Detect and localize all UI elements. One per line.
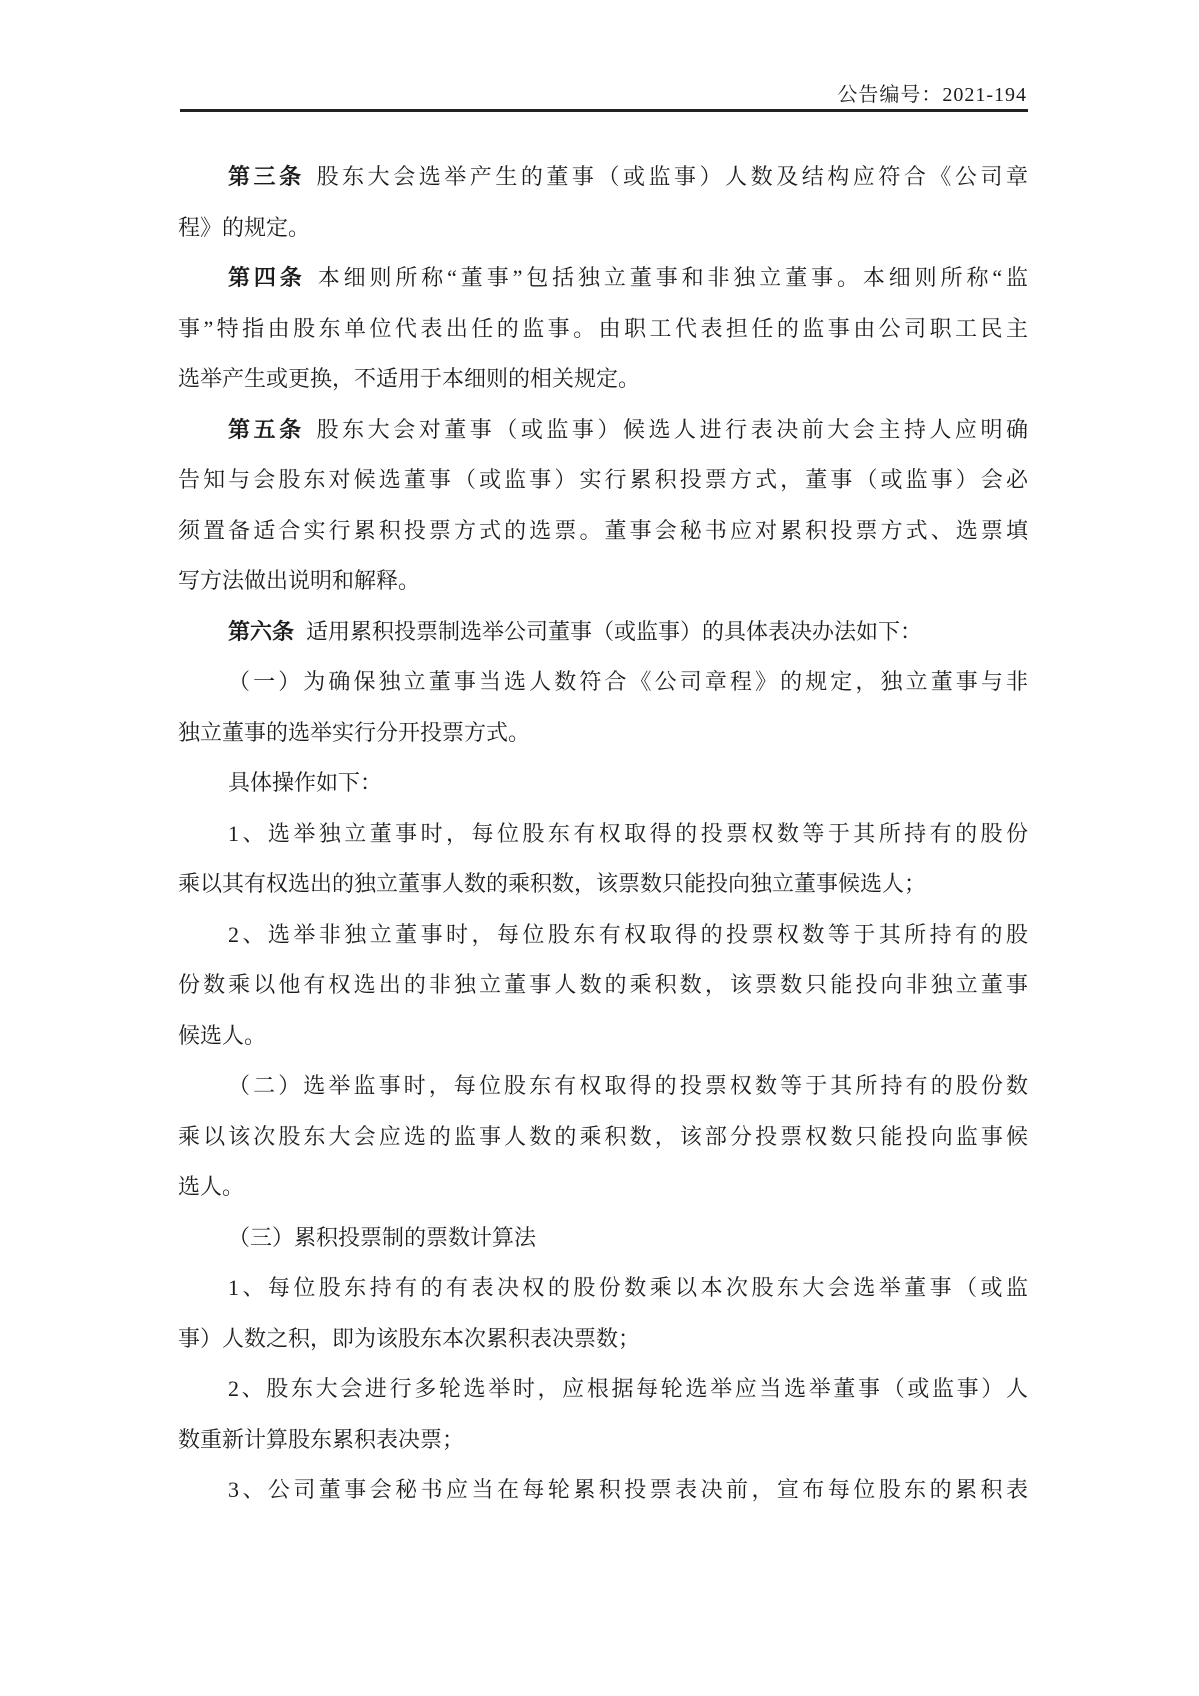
text-line: （三）累积投票制的票数计算法 [178, 1213, 1028, 1264]
line-text: 股东大会选举产生的董事（或监事）人数及结构应符合《公司章 [317, 164, 1028, 189]
announcement-number: 公告编号：2021-194 [837, 78, 1027, 107]
text-line: 选举产生或更换，不适用于本细则的相关规定。 [178, 354, 1028, 405]
document-body: 第三条股东大会选举产生的董事（或监事）人数及结构应符合《公司章 程》的规定。 第… [178, 152, 1028, 1516]
text-line: 第四条本细则所称“董事”包括独立董事和非独立董事。本细则所称“监 [178, 253, 1028, 304]
text-line: 3、公司董事会秘书应当在每轮累积投票表决前，宣布每位股东的累积表 [178, 1465, 1028, 1516]
clause-label: 第六条 [228, 619, 294, 644]
line-text: 本细则所称“董事”包括独立董事和非独立董事。本细则所称“监 [318, 265, 1028, 290]
text-line: （二）选举监事时，每位股东有权取得的投票权数等于其所持有的股份数 [178, 1061, 1028, 1112]
text-line: 1、选举独立董事时，每位股东有权取得的投票权数等于其所持有的股份 [178, 809, 1028, 860]
text-line: 具体操作如下： [178, 758, 1028, 809]
text-line: 事”特指由股东单位代表出任的监事。由职工代表担任的监事由公司职工民主 [178, 304, 1028, 355]
text-line: 选人。 [178, 1162, 1028, 1213]
text-line: 须置备适合实行累积投票方式的选票。董事会秘书应对累积投票方式、选票填 [178, 506, 1028, 557]
text-line: 事）人数之积，即为该股东本次累积表决票数； [178, 1314, 1028, 1365]
text-line: 份数乘以他有权选出的非独立董事人数的乘积数，该票数只能投向非独立董事 [178, 960, 1028, 1011]
document-page: 公告编号：2021-194 第三条股东大会选举产生的董事（或监事）人数及结构应符… [0, 0, 1199, 1696]
text-line: 写方法做出说明和解释。 [178, 556, 1028, 607]
text-line: 第五条股东大会对董事（或监事）候选人进行表决前大会主持人应明确 [178, 405, 1028, 456]
line-text: 适用累积投票制选举公司董事（或监事）的具体表决办法如下： [306, 619, 922, 644]
text-line: 告知与会股东对候选董事（或监事）实行累积投票方式，董事（或监事）会必 [178, 455, 1028, 506]
header-divider [180, 109, 1028, 112]
text-line: 数重新计算股东累积表决票； [178, 1415, 1028, 1466]
line-text: 股东大会对董事（或监事）候选人进行表决前大会主持人应明确 [317, 417, 1028, 442]
clause-label: 第三条 [228, 164, 305, 189]
text-line: 程》的规定。 [178, 203, 1028, 254]
text-line: 第三条股东大会选举产生的董事（或监事）人数及结构应符合《公司章 [178, 152, 1028, 203]
clause-label: 第四条 [228, 265, 306, 290]
text-line: 乘以该次股东大会应选的监事人数的乘积数，该部分投票权数只能投向监事候 [178, 1112, 1028, 1163]
text-line: 2、股东大会进行多轮选举时，应根据每轮选举应当选举董事（或监事）人 [178, 1364, 1028, 1415]
text-line: 1、每位股东持有的有表决权的股份数乘以本次股东大会选举董事（或监 [178, 1263, 1028, 1314]
text-line: 2、选举非独立董事时，每位股东有权取得的投票权数等于其所持有的股 [178, 910, 1028, 961]
clause-label: 第五条 [228, 417, 305, 442]
text-line: 乘以其有权选出的独立董事人数的乘积数，该票数只能投向独立董事候选人； [178, 859, 1028, 910]
text-line: 独立董事的选举实行分开投票方式。 [178, 708, 1028, 759]
text-line: （一）为确保独立董事当选人数符合《公司章程》的规定，独立董事与非 [178, 657, 1028, 708]
text-line: 候选人。 [178, 1011, 1028, 1062]
text-line: 第六条适用累积投票制选举公司董事（或监事）的具体表决办法如下： [178, 607, 1028, 658]
